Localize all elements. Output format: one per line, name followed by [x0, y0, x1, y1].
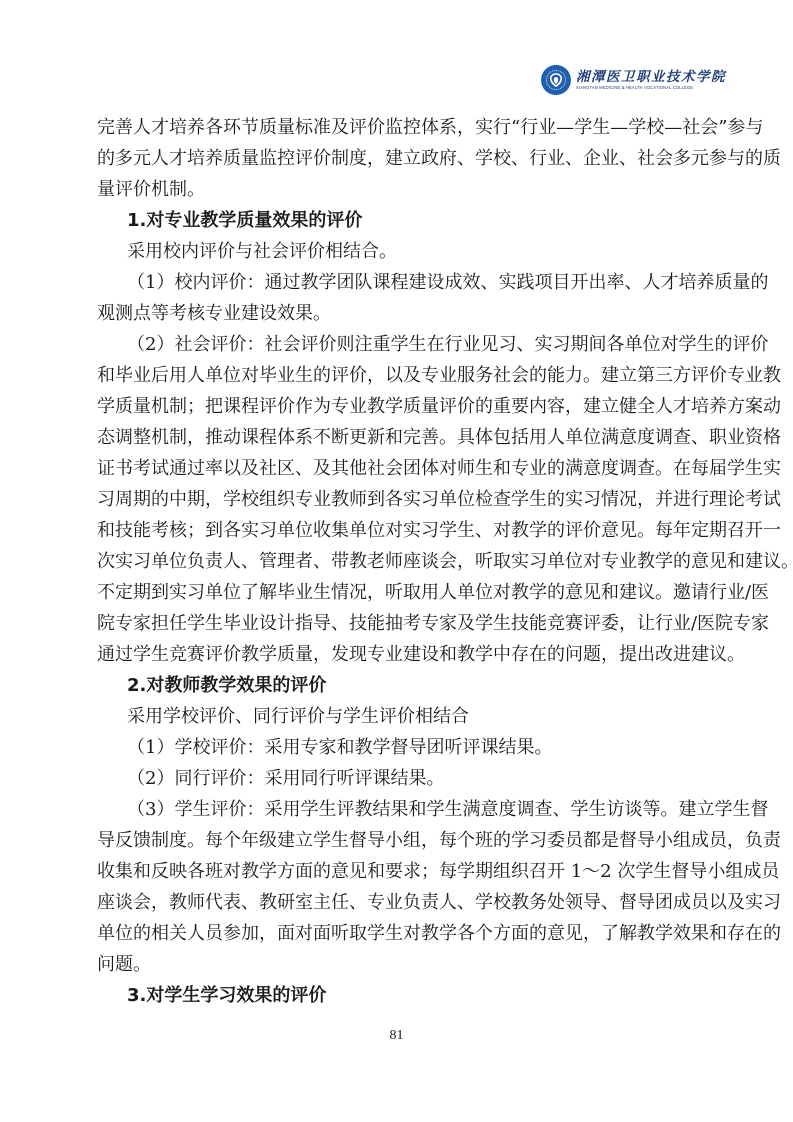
logo-text: 湘潭医卫职业技术学院 XIANGTAN MEDICINE & HEALTH VO…: [576, 69, 726, 91]
body-text-line: 和技能考核；到各实习单位收集单位对实习学生、对教学的评价意见。每年定期召开一: [97, 515, 698, 546]
body-text-line: 和毕业后用人单位对毕业生的评价，以及专业服务社会的能力。建立第三方评价专业教: [97, 360, 698, 391]
paragraph-first-line: 采用学校评价、同行评价与学生评价相结合: [97, 701, 698, 732]
paragraph-last-line: 量评价机制。: [97, 174, 698, 205]
paragraph-first-line: （3）学生评价：采用学生评教结果和学生满意度调查、学生访谈等。建立学生督: [97, 794, 698, 825]
paragraph-first-line: （1）学校评价：采用专家和教学督导团听评课结果。: [97, 732, 698, 763]
body-text-line: 院专家担任学生毕业设计指导、技能抽考专家及学生技能竞赛评委，让行业/医院专家: [97, 608, 698, 639]
document-body: 完善人才培养各环节质量标准及评价监控体系，实行“行业—学生—学校—社会”参与的多…: [97, 112, 698, 1011]
body-text-line: 态调整机制，推动课程体系不断更新和完善。具体包括用人单位满意度调查、职业资格: [97, 422, 698, 453]
logo-name-en: XIANGTAN MEDICINE & HEALTH VOCATIONAL CO…: [576, 85, 726, 91]
section-heading: 1.对专业教学质量效果的评价: [97, 205, 698, 236]
paragraph-last-line: 通过学生竞赛评价教学质量，发现专业建设和教学中存在的问题，提出改进建议。: [97, 639, 698, 670]
body-text-line: 单位的相关人员参加，面对面听取学生对教学各个方面的意见，了解教学效果和存在的: [97, 918, 698, 949]
college-logo: 湘潭医卫职业技术学院 XIANGTAN MEDICINE & HEALTH VO…: [541, 64, 726, 96]
college-emblem-icon: [541, 65, 571, 95]
paragraph-first-line: （1）校内评价：通过教学团队课程建设成效、实践项目开出率、人才培养质量的: [97, 267, 698, 298]
body-text-line: 座谈会，教师代表、教研室主任、专业负责人、学校教务处领导、督导团成员以及实习: [97, 887, 698, 918]
body-text-line: 不定期到实习单位了解毕业生情况，听取用人单位对教学的意见和建议。邀请行业/医: [97, 577, 698, 608]
paragraph-first-line: （2）社会评价：社会评价则注重学生在行业见习、实习期间各单位对学生的评价: [97, 329, 698, 360]
body-text-line: 习周期的中期，学校组织专业教师到各实习单位检查学生的实习情况，并进行理论考试: [97, 484, 698, 515]
body-text-line: 学质量机制；把课程评价作为专业教学质量评价的重要内容，建立健全人才培养方案动: [97, 391, 698, 422]
logo-name-cn: 湘潭医卫职业技术学院: [576, 69, 726, 85]
section-heading: 2.对教师教学效果的评价: [97, 670, 698, 701]
emblem-flower-icon: [548, 73, 564, 87]
page-number: 81: [0, 1028, 793, 1044]
body-text-line: 证书考试通过率以及社区、及其他社会团体对师生和专业的满意度调查。在每届学生实: [97, 453, 698, 484]
paragraph-last-line: 问题。: [97, 949, 698, 980]
paragraph-last-line: 观测点等考核专业建设效果。: [97, 298, 698, 329]
body-text-line: 次实习单位负责人、管理者、带教老师座谈会，听取实习单位对专业教学的意见和建议。: [97, 546, 698, 577]
paragraph-first-line: 采用校内评价与社会评价相结合。: [97, 236, 698, 267]
body-text-line: 导反馈制度。每个年级建立学生督导小组，每个班的学习委员都是督导小组成员，负责: [97, 825, 698, 856]
body-text-line: 的多元人才培养质量监控评价制度，建立政府、学校、行业、企业、社会多元参与的质: [97, 143, 698, 174]
paragraph-first-line: （2）同行评价：采用同行听评课结果。: [97, 763, 698, 794]
body-text-line: 完善人才培养各环节质量标准及评价监控体系，实行“行业—学生—学校—社会”参与: [97, 112, 698, 143]
section-heading: 3.对学生学习效果的评价: [97, 980, 698, 1011]
body-text-line: 收集和反映各班对教学方面的意见和要求；每学期组织召开 1～2 次学生督导小组成员: [97, 856, 698, 887]
